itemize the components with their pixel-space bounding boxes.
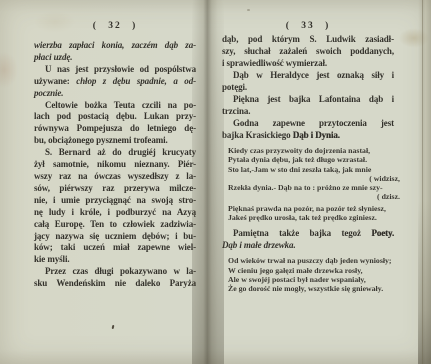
text-line: potęgi.	[222, 81, 394, 93]
text-line: Pamiętna także bajka tegoż Poety.	[222, 227, 394, 239]
text-line: żył samotnie, nikomu nieznany. Piér-	[34, 159, 196, 171]
text-line: S. Bernard aż do drugiéj krucyaty	[34, 147, 196, 159]
text-segment: Godna zapewne przytoczenia jest	[233, 118, 394, 128]
text-segment: sku Wendeńskim nie daleko Paryża	[34, 278, 196, 288]
book-scan: ( 32 ) wierzba zapłaci konia, zaczém dąb…	[0, 0, 431, 364]
text-segment: nę ludy i króle, i podburzyć na Azyą	[34, 207, 196, 217]
text-line: Przez czas długi pokazywano w la-	[34, 266, 196, 278]
text-segment: chłop z dębu spadnie, a od-	[76, 76, 196, 86]
text-segment: Sto lat,-Jam w sto dni zeszła taką, jak …	[228, 165, 371, 174]
text-line: i sprawiedliwość wymierzał.	[222, 57, 394, 69]
text-line: wszy raz na ówczas wyszedłszy z la-	[34, 171, 196, 183]
text-segment: kie myśli.	[34, 254, 70, 264]
text-segment: Dąb i małe drzewka.	[222, 240, 296, 250]
text-line: nę ludy i króle, i podburzyć na Azyą	[34, 207, 196, 219]
text-line: W cieniu jego gałęzi małe drzewka rosły,	[228, 266, 400, 275]
text-line: Pytała dynia dębu, jak też długo wzrasta…	[228, 155, 400, 164]
text-segment: żył samotnie, nikomu nieznany. Piér-	[34, 159, 196, 169]
text-segment: Celtowie bożka Teuta czcili na po-	[45, 100, 196, 110]
text-segment: pocznie.	[34, 88, 63, 98]
text-line: Dąb w Heraldyce jest oznaką siły i	[222, 69, 394, 81]
text-line: Godna zapewne przytoczenia jest	[222, 117, 394, 129]
text-line: Piękna jest bajka Lafontaina dąb i	[222, 93, 394, 105]
page-left-text: wierzba zapłaci konia, zaczém dąb za-pła…	[34, 40, 196, 290]
text-line: Celtowie bożka Teuta czcili na po-	[34, 100, 196, 112]
text-segment: Pytała dynia dębu, jak też długo wzrasta…	[228, 155, 367, 164]
page-right: ( 33 ) dąb, pod którym S. Ludwik zasiadł…	[222, 21, 394, 294]
text-line: dąb, pod którym S. Ludwik zasiadł-	[222, 33, 394, 45]
text-line: ków; taki uczeń miał zapewne wiel-	[34, 242, 196, 254]
text-segment: Jakeś prędko urosła, tak też prędko zgin…	[228, 213, 377, 222]
text-line: ( dzisz.	[228, 192, 426, 201]
text-segment: i sprawiedliwość wymierzał.	[222, 58, 327, 68]
text-line: Sto lat,-Jam w sto dni zeszła taką, jak …	[228, 165, 400, 174]
text-segment: ków; taki uczeń miał zapewne wiel-	[34, 242, 196, 252]
page-number-right: ( 33 )	[222, 21, 394, 32]
text-segment: dąb, pod którym S. Ludwik zasiadł-	[222, 34, 394, 44]
text-line: używane: chłop z dębu spadnie, a od-	[34, 76, 196, 88]
text-segment: Dąb i Dynia.	[293, 130, 340, 140]
text-segment: Kiedy czas przyzwoity do dojrzenia nasta…	[228, 146, 370, 155]
text-segment: używane:	[34, 76, 76, 86]
text-segment: trzcina.	[222, 106, 250, 116]
text-line: całą Europę. Ten to człowiek zadziwia-	[34, 219, 196, 231]
text-segment: Ale w swojéj postaci był nader wspaniały…	[228, 275, 366, 284]
text-line: Jakeś prędko urosła, tak też prędko zgin…	[228, 213, 400, 222]
text-segment: ( widzisz,	[369, 174, 400, 183]
binding-gutter-shadow	[192, 0, 224, 364]
page-edge-shadow	[418, 0, 431, 364]
text-segment: bu, obciążonego pysznemi trofeami.	[34, 135, 168, 145]
text-segment: Poety.	[371, 228, 394, 238]
text-line: Dąb i małe drzewka.	[222, 239, 394, 251]
text-segment: całą Europę. Ten to człowiek zadziwia-	[34, 219, 196, 229]
page-right-text: dąb, pod którym S. Ludwik zasiadł-szy, s…	[222, 33, 394, 294]
text-line: jący nazywa się uczniem dębów; i bu-	[34, 231, 196, 243]
text-segment: potęgi.	[222, 82, 247, 92]
text-line: lach pod postacią dębu. Lukan przy-	[34, 111, 196, 123]
text-segment: bajka Krasickiego	[222, 130, 293, 140]
text-segment: Dąb w Heraldyce jest oznaką siły i	[233, 70, 394, 80]
text-line: Że go dorość nie mogły, wszystkie się gn…	[228, 284, 400, 293]
text-line: Rzekła dynia.- Dąb na to : próżno ze mni…	[228, 183, 400, 192]
page-number-left: ( 32 )	[34, 21, 196, 32]
text-segment: W cieniu jego gałęzi małe drzewka rosły,	[228, 266, 363, 275]
text-segment: wszy raz na ówczas wyszedłszy z la-	[34, 171, 196, 181]
text-segment: sów, piérwszy raz przerywa milcze-	[34, 183, 196, 193]
text-line: Od wieków trwał na puszczy dąb jeden wyn…	[228, 256, 400, 265]
text-line: ( widzisz,	[228, 174, 431, 183]
text-segment: nie, i umie przyciągnąć na swoją stro-	[34, 195, 196, 205]
text-line: pocznie.	[34, 88, 196, 100]
text-line: Kiedy czas przyzwoity do dojrzenia nasta…	[228, 146, 400, 155]
text-line: równywa Pompejusza do letniego dę-	[34, 123, 196, 135]
text-segment: szy, słuchał zażaleń swoich poddanych,	[222, 46, 394, 56]
text-line: trzcina.	[222, 105, 394, 117]
text-segment: jący nazywa się uczniem dębów; i bu-	[34, 231, 196, 241]
text-segment: Od wieków trwał na puszczy dąb jeden wyn…	[228, 256, 392, 265]
text-line: nie, i umie przyciągnąć na swoją stro-	[34, 195, 196, 207]
text-segment: Pamiętna także bajka tegoż	[233, 228, 371, 238]
paper-stain	[247, 9, 250, 11]
page-left: ( 32 ) wierzba zapłaci konia, zaczém dąb…	[34, 21, 196, 290]
text-line: sku Wendeńskim nie daleko Paryża	[34, 278, 196, 290]
text-segment: wierzba zapłaci konia, zaczém dąb za-	[34, 40, 196, 50]
text-segment: Piękna jest bajka Lafontaina dąb i	[233, 94, 394, 104]
text-line: bu, obciążonego pysznemi trofeami.	[34, 135, 196, 147]
ink-speck	[112, 325, 115, 329]
text-segment: Rzekła dynia.- Dąb na to : próżno ze mni…	[228, 183, 383, 192]
text-line: bajka Krasickiego Dąb i Dynia.	[222, 129, 394, 141]
page-edge-line	[422, 0, 423, 364]
text-line: szy, słuchał zażaleń swoich poddanych,	[222, 45, 394, 57]
text-segment: ( dzisz.	[377, 192, 400, 201]
text-line: sów, piérwszy raz przerywa milcze-	[34, 183, 196, 195]
text-line: wierzba zapłaci konia, zaczém dąb za-	[34, 40, 196, 52]
text-segment: S. Bernard aż do drugiéj krucyaty	[45, 147, 196, 157]
text-segment: lach pod postacią dębu. Lukan przy-	[34, 111, 196, 121]
text-segment: równywa Pompejusza do letniego dę-	[34, 123, 196, 133]
text-segment: płaci uzdę.	[34, 52, 72, 62]
text-line: płaci uzdę.	[34, 52, 196, 64]
text-line: Ale w swojéj postaci był nader wspaniały…	[228, 275, 400, 284]
text-line: kie myśli.	[34, 254, 196, 266]
text-line: Pięknaś prawda na pozór, na pozór też sł…	[228, 204, 400, 213]
text-segment: Że go dorość nie mogły, wszystkie się gn…	[228, 284, 383, 293]
text-segment: Pięknaś prawda na pozór, na pozór też sł…	[228, 204, 386, 213]
text-segment: Przez czas długi pokazywano w la-	[45, 266, 196, 276]
text-line: U nas jest przysłowie od pospólstwa	[34, 64, 196, 76]
text-segment: U nas jest przysłowie od pospólstwa	[45, 64, 196, 74]
